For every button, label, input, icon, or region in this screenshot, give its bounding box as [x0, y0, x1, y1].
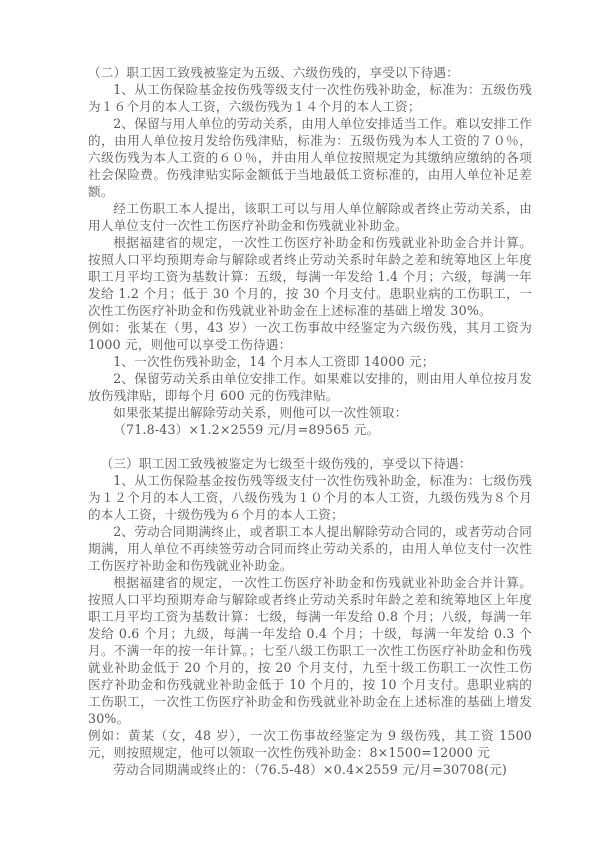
document-page: （二）职工因工致残被鉴定为五级、六级伤残的，享受以下待遇： 1、从工伤保险基金按…	[88, 64, 532, 778]
section-2-termination-paragraph: 经工伤职工本人提出，该职工可以与用人单位解除或者终止劳动关系，由用人单位支付一次…	[88, 200, 532, 234]
section-3-fujian-paragraph: 根据福建省的规定，一次性工伤医疗补助金和伤残就业补助金合并计算。按照人口平均预期…	[88, 574, 532, 727]
section-2-example-item-2: 2、保留劳动关系由单位安排工作。如果难以安排的，则由用人单位按月发放伤残津贴，即…	[88, 370, 532, 404]
section-gap	[88, 438, 532, 455]
section-3-heading: （三）职工因工致残被鉴定为七级至十级伤残的，享受以下待遇：	[88, 455, 532, 472]
section-2-example-intro: 例如：张某在（男，43 岁）一次工伤事故中经鉴定为六级伤残，其月工资为 1000…	[88, 319, 532, 353]
section-2-heading: （二）职工因工致残被鉴定为五级、六级伤残的，享受以下待遇：	[88, 64, 532, 81]
section-2-example-item-1: 1、一次性伤残补助金，14 个月本人工资即 14000 元；	[88, 353, 532, 370]
section-3-example-formula: 劳动合同期满或终止的：（76.5-48）×0.4×2559 元/月=30708(…	[88, 761, 532, 778]
section-3-item-2: 2、劳动合同期满终止，或者职工本人提出解除劳动合同的，或者劳动合同期满，用人单位…	[88, 523, 532, 574]
section-2-item-2: 2、保留与用人单位的劳动关系，由用人单位安排适当工作。难以安排工作的，由用人单位…	[88, 115, 532, 200]
section-2-example-formula: （71.8-43）×1.2×2559 元/月=89565 元。	[88, 421, 532, 438]
section-2-item-1: 1、从工伤保险基金按伤残等级支付一次性伤残补助金，标准为：五级伤残为１６个月的本…	[88, 81, 532, 115]
section-2-example-if: 如果张某提出解除劳动关系，则他可以一次性领取：	[88, 404, 532, 421]
section-3-example-intro: 例如：黄某（女，48 岁），一次工伤事故经鉴定为 9 级伤残，其工资 1500 …	[88, 727, 532, 761]
section-3-item-1: 1、从工伤保险基金按伤残等级支付一次性伤残补助金，标准为：七级伤残为１２个月的本…	[88, 472, 532, 523]
section-2-fujian-paragraph: 根据福建省的规定，一次性工伤医疗补助金和伤残就业补助金合并计算。按照人口平均预期…	[88, 234, 532, 319]
